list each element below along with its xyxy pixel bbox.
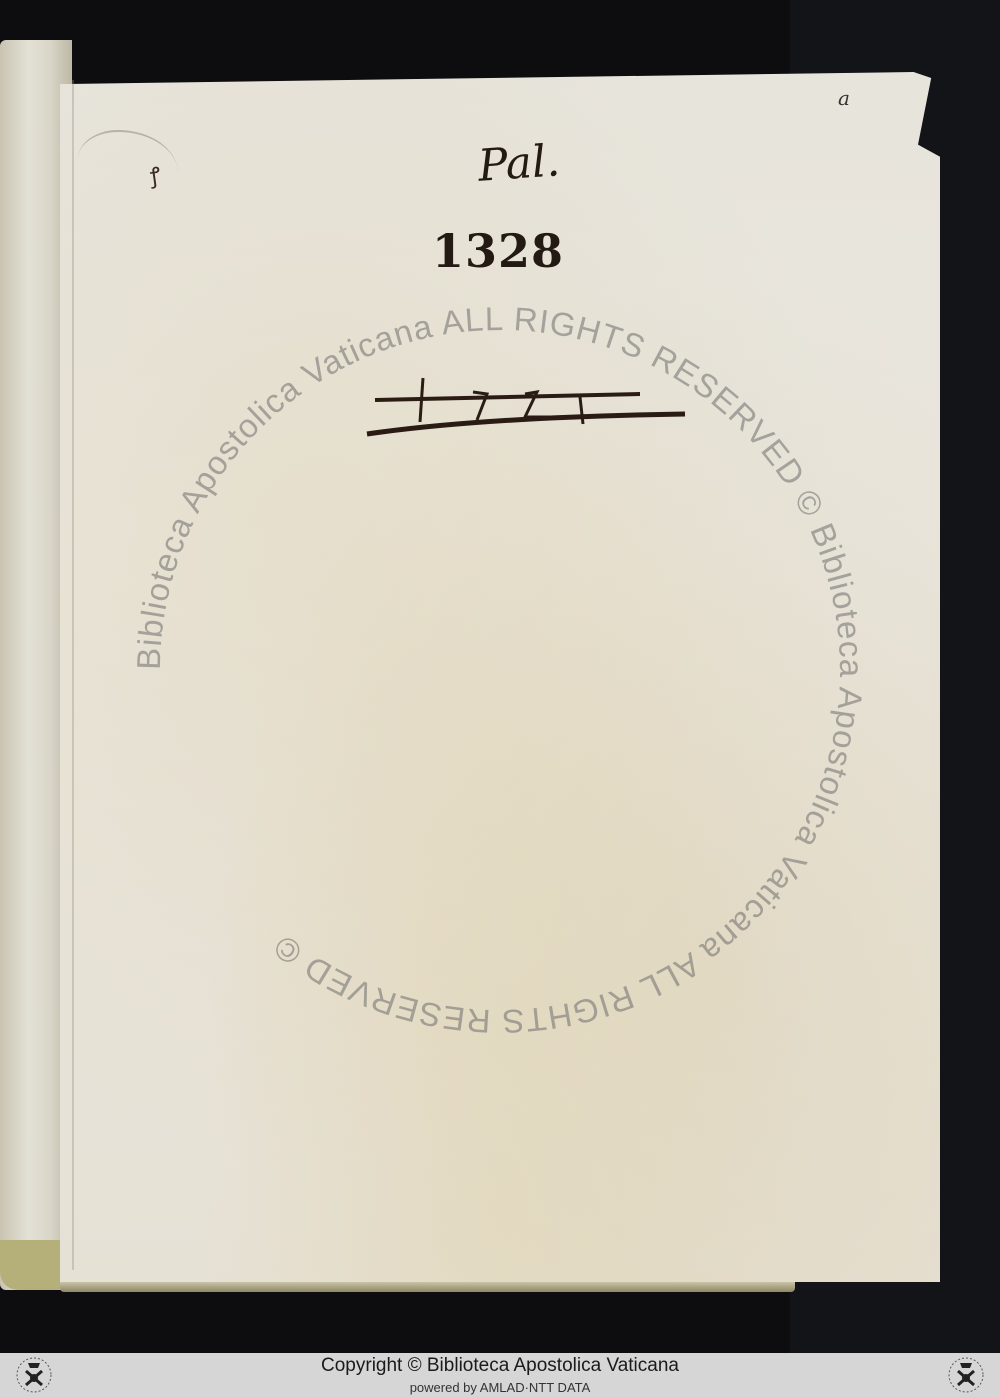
manuscript-scan: ꝭ a Pal. 1328 Biblioteca Apostolica Vati… <box>0 0 1000 1353</box>
shelfmark-number: 1328 <box>432 224 564 278</box>
folio-letter: a <box>838 86 850 110</box>
vatican-library-logo-icon <box>936 1355 996 1395</box>
footer-powered-by: powered by AMLAD·NTT DATA <box>0 1380 1000 1395</box>
crossed-out-number <box>365 372 695 442</box>
shelfmark-prefix: Pal. <box>476 135 561 192</box>
gutter-fold <box>72 80 74 1270</box>
footer-bar: Copyright © Biblioteca Apostolica Vatica… <box>0 1353 1000 1397</box>
binding-edge <box>0 1240 60 1290</box>
footer-copyright: Copyright © Biblioteca Apostolica Vatica… <box>0 1355 1000 1377</box>
